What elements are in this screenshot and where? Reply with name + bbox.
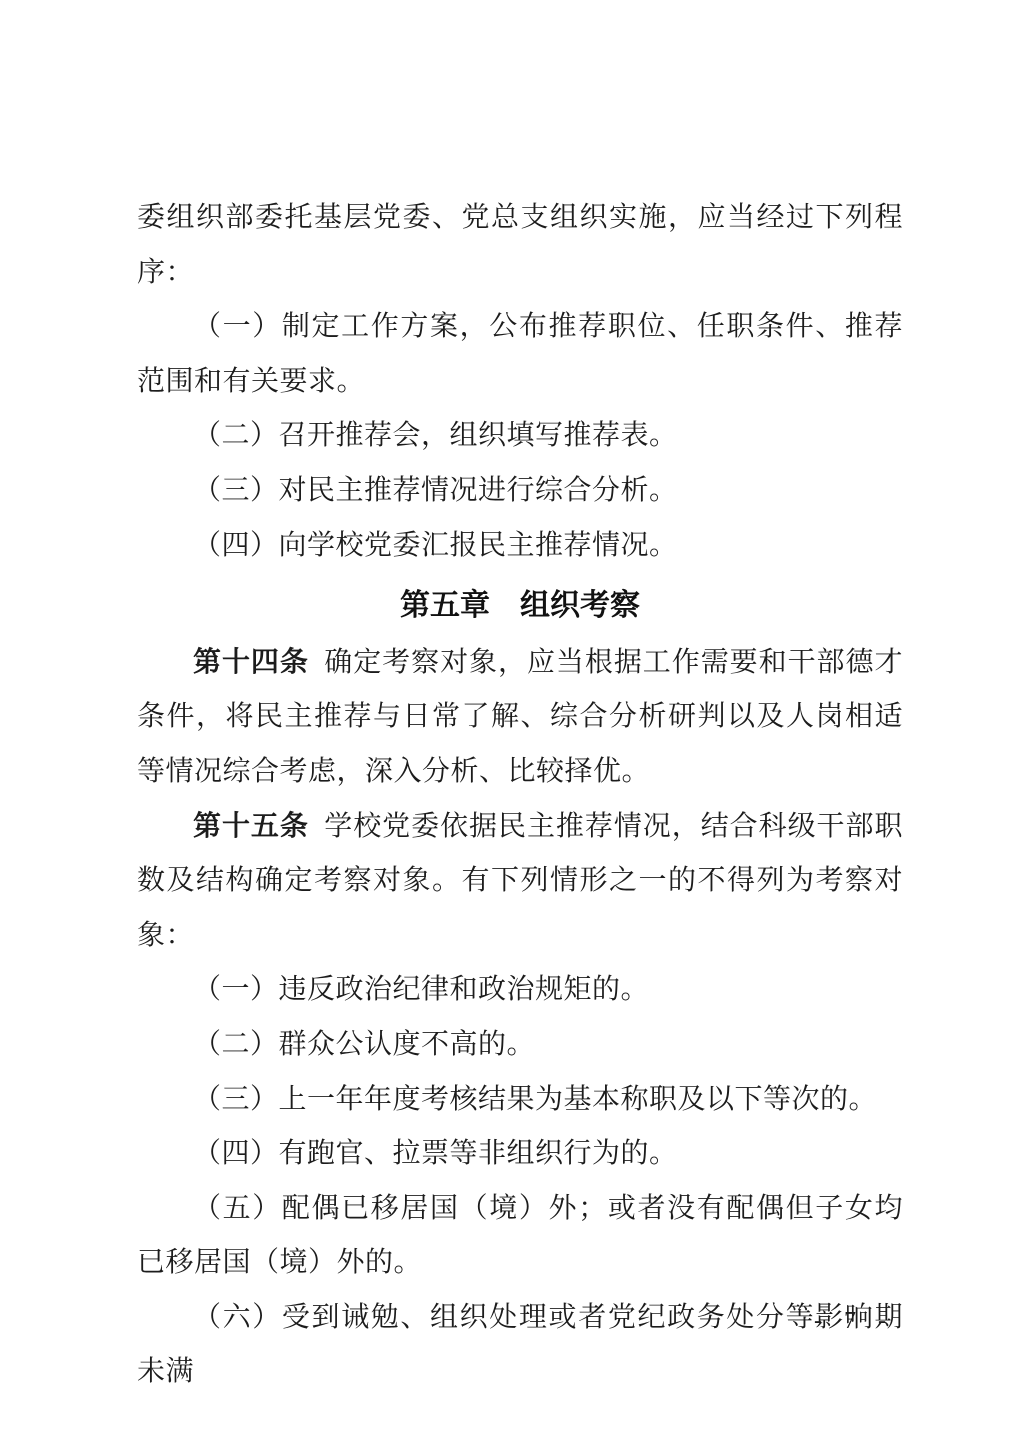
document-page: 委组织部委托基层党委、党总支组织实施，应当经过下列程序： （一）制定工作方案，公… — [0, 0, 1024, 1448]
page-number: - 7 - — [814, 1308, 894, 1334]
disqualification-item-1: （一）违反政治纪律和政治规矩的。 — [137, 963, 903, 1018]
disqualification-item-5: （五）配偶已移居国（境）外；或者没有配偶但子女均已移居国（境）外的。 — [137, 1182, 903, 1291]
page-footer: - 7 - — [0, 1308, 894, 1335]
chapter-heading: 第五章 组织考察 — [137, 579, 903, 634]
article-15-paragraph: 第十五条学校党委依据民主推荐情况，结合科级干部职数及结构确定考察对象。有下列情形… — [137, 800, 903, 964]
article-15-label: 第十五条 — [193, 811, 309, 842]
article-14-label: 第十四条 — [193, 647, 309, 678]
disqualification-item-4: （四）有跑官、拉票等非组织行为的。 — [137, 1127, 903, 1182]
paragraph-continuation: 委组织部委托基层党委、党总支组织实施，应当经过下列程序： — [137, 191, 903, 300]
disqualification-item-3: （三）上一年年度考核结果为基本称职及以下等次的。 — [137, 1073, 903, 1128]
disqualification-item-2: （二）群众公认度不高的。 — [137, 1018, 903, 1073]
procedure-item-3: （三）对民主推荐情况进行综合分析。 — [137, 464, 903, 519]
procedure-item-1: （一）制定工作方案，公布推荐职位、任职条件、推荐范围和有关要求。 — [137, 300, 903, 409]
procedure-item-4: （四）向学校党委汇报民主推荐情况。 — [137, 519, 903, 574]
article-14-paragraph: 第十四条确定考察对象，应当根据工作需要和干部德才条件，将民主推荐与日常了解、综合… — [137, 636, 903, 800]
procedure-item-2: （二）召开推荐会，组织填写推荐表。 — [137, 409, 903, 464]
document-body: 委组织部委托基层党委、党总支组织实施，应当经过下列程序： （一）制定工作方案，公… — [137, 191, 903, 1400]
